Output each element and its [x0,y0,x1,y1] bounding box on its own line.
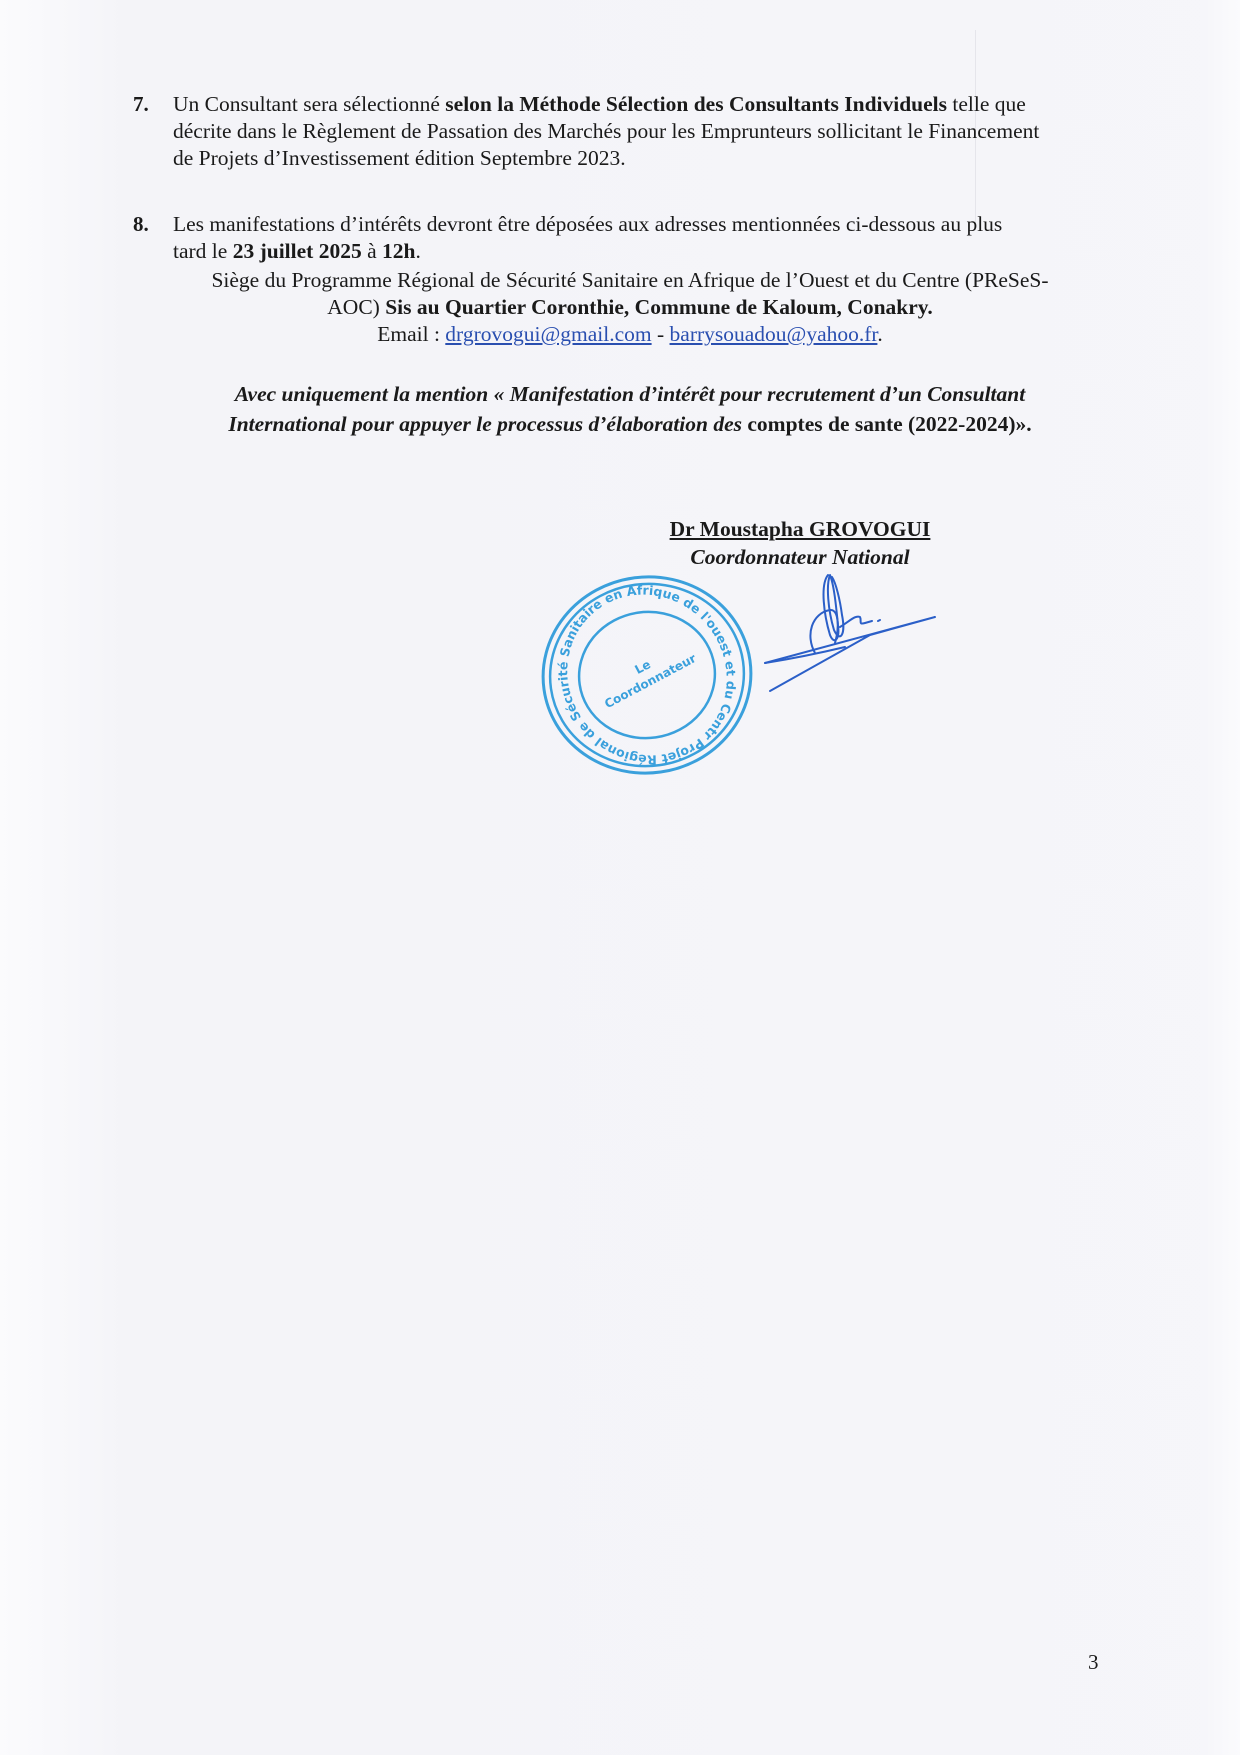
deadline-time: 12h [382,239,415,263]
page-number: 3 [1088,1650,1099,1675]
text-run: AOC) [327,295,385,319]
list-item-7: 7. Un Consultant sera sélectionné selon … [133,91,1133,172]
email-separator: - [652,322,670,346]
item-number: 7. [133,91,149,118]
email-link-2[interactable]: barrysouadou@yahoo.fr [670,322,878,346]
address-location: Sis au Quartier Coronthie, Commune de Ka… [385,295,933,319]
text-run: à [362,239,382,263]
text-run: International pour appuyer le processus … [228,412,747,436]
address-line-2: AOC) Sis au Quartier Coronthie, Commune … [150,294,1110,321]
item-line: Un Consultant sera sélectionné selon la … [173,91,1133,118]
text-run: comptes de sante (2022-2024)». [747,412,1031,436]
item-body: Les manifestations d’intérêts devront êt… [173,211,1133,265]
email-link-1[interactable]: drgrovogui@gmail.com [445,322,651,346]
deadline-date: 23 juillet 2025 [233,239,362,263]
item-body: Un Consultant sera sélectionné selon la … [173,91,1133,172]
address-block: Siège du Programme Régional de Sécurité … [150,267,1110,321]
item-line: tard le 23 juillet 2025 à 12h. [173,238,1133,265]
email-label: Email : [377,322,445,346]
text-run: telle que [947,92,1026,116]
item-line: décrite dans le Règlement de Passation d… [173,118,1133,145]
address-line-1: Siège du Programme Régional de Sécurité … [150,267,1110,294]
email-end: . [877,322,882,346]
mention-line-1: Avec uniquement la mention « Manifestati… [160,379,1100,409]
item-number: 8. [133,211,149,238]
email-line: Email : drgrovogui@gmail.com - barrysoua… [150,321,1110,348]
text-run: Un Consultant sera sélectionné [173,92,445,116]
stamp-center-line-2: Coordonnateur [602,651,698,711]
mention-note: Avec uniquement la mention « Manifestati… [160,379,1100,439]
item-line: Les manifestations d’intérêts devront êt… [173,211,1133,238]
handwritten-signature-icon [720,555,950,695]
signatory-name: Dr Moustapha GROVOGUI [620,515,980,543]
mention-line-2: International pour appuyer le processus … [160,409,1100,439]
text-run: tard le [173,239,233,263]
list-item-8: 8. Les manifestations d’intérêts devront… [133,211,1133,265]
document-page: 7. Un Consultant sera sélectionné selon … [0,0,1240,1755]
bold-text-run: selon la Méthode Sélection des Consultan… [445,92,947,116]
item-line: de Projets d’Investissement édition Sept… [173,145,1133,172]
text-run: . [415,239,420,263]
